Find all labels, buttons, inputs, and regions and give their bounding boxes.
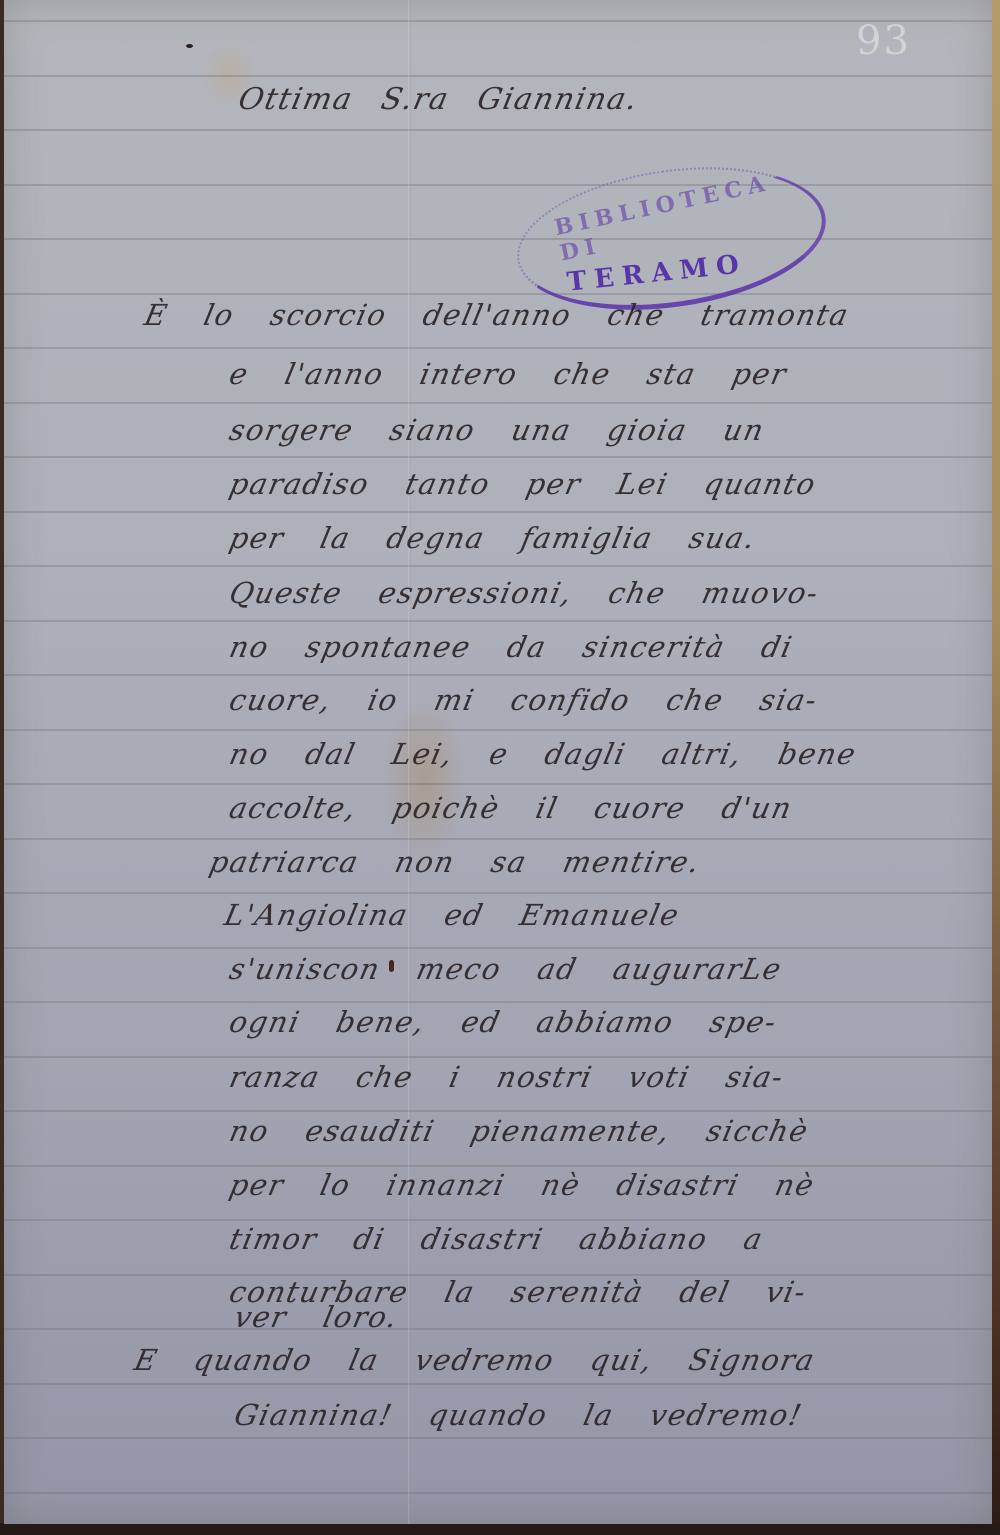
letter-salutation: Ottima S.ra Giannina. (235, 82, 641, 117)
bottom-edge-background (0, 1523, 1000, 1535)
ruled-line (4, 674, 992, 676)
letter-line: paradiso tanto per Lei quanto (226, 467, 819, 501)
ruled-line (4, 620, 992, 622)
scanned-letter-page: 93 BIBLIOTECA DI TERAMO Ottima S.ra Gian… (0, 0, 1000, 1535)
stamp-top-text: BIBLIOTECA DI (552, 161, 822, 267)
letter-line: Giannina! quando la vedremo! (231, 1398, 805, 1432)
ruled-line (4, 293, 992, 295)
ruled-line (4, 947, 992, 949)
ruled-line (4, 238, 992, 240)
ruled-line (4, 1219, 992, 1221)
ruled-line (4, 1437, 992, 1439)
ruled-line (4, 347, 992, 349)
page-number: 93 (856, 18, 911, 64)
ruled-line (4, 892, 992, 894)
letter-line: L'Angiolina ed Emanuele (221, 898, 682, 932)
letter-line: timor di disastri abbiano a (226, 1222, 766, 1256)
ink-speck (186, 44, 193, 48)
ruled-line (4, 129, 992, 131)
ruled-line (4, 838, 992, 840)
ruled-line (4, 75, 992, 77)
letter-line: È lo scorcio dell'anno che tramonta (141, 298, 852, 332)
paper-sheet: 93 BIBLIOTECA DI TERAMO Ottima S.ra Gian… (4, 0, 992, 1524)
letter-line: ranza che i nostri voti sia- (226, 1060, 787, 1094)
letter-line: ogni bene, ed abbiamo spe- (226, 1005, 780, 1039)
letter-line: sorgere siano una gioia un (226, 413, 768, 447)
letter-line: accolte, poichè il cuore d'un (226, 791, 795, 825)
letter-line: E quando la vedremo qui, Signora (131, 1343, 818, 1377)
ruled-line (4, 402, 992, 404)
ruled-line (4, 20, 992, 22)
ruled-line (4, 1165, 992, 1167)
letter-line: per la degna famiglia sua. (226, 521, 759, 555)
ruled-line (4, 511, 992, 513)
ruled-line (4, 1001, 992, 1003)
letter-line: no dal Lei, e dagli altri, bene (226, 737, 859, 771)
ruled-line (4, 1110, 992, 1112)
right-edge-background (992, 0, 1000, 1535)
ruled-line (4, 783, 992, 785)
letter-line: no spontanee da sincerità di (226, 630, 796, 664)
ink-blot (389, 960, 394, 972)
ruled-line (4, 456, 992, 458)
letter-line: per lo innanzi nè disastri nè (226, 1168, 818, 1202)
ruled-line (4, 565, 992, 567)
letter-line: no esauditi pienamente, sicchè (226, 1114, 812, 1148)
ruled-line (4, 1056, 992, 1058)
ruled-line (4, 184, 992, 186)
ruled-line (4, 1492, 992, 1494)
ruled-line (4, 1383, 992, 1385)
letter-line: e l'anno intero che sta per (226, 357, 790, 391)
letter-line: ver loro. (231, 1300, 401, 1334)
letter-line: Queste espressioni, che muovo- (226, 576, 822, 610)
letter-line: patriarca non sa mentire. (206, 845, 703, 879)
letter-line: cuore, io mi confido che sia- (226, 683, 821, 717)
ruled-line (4, 1328, 992, 1330)
letter-line: s'uniscon meco ad augurarLe (226, 952, 785, 986)
ruled-line (4, 729, 992, 731)
